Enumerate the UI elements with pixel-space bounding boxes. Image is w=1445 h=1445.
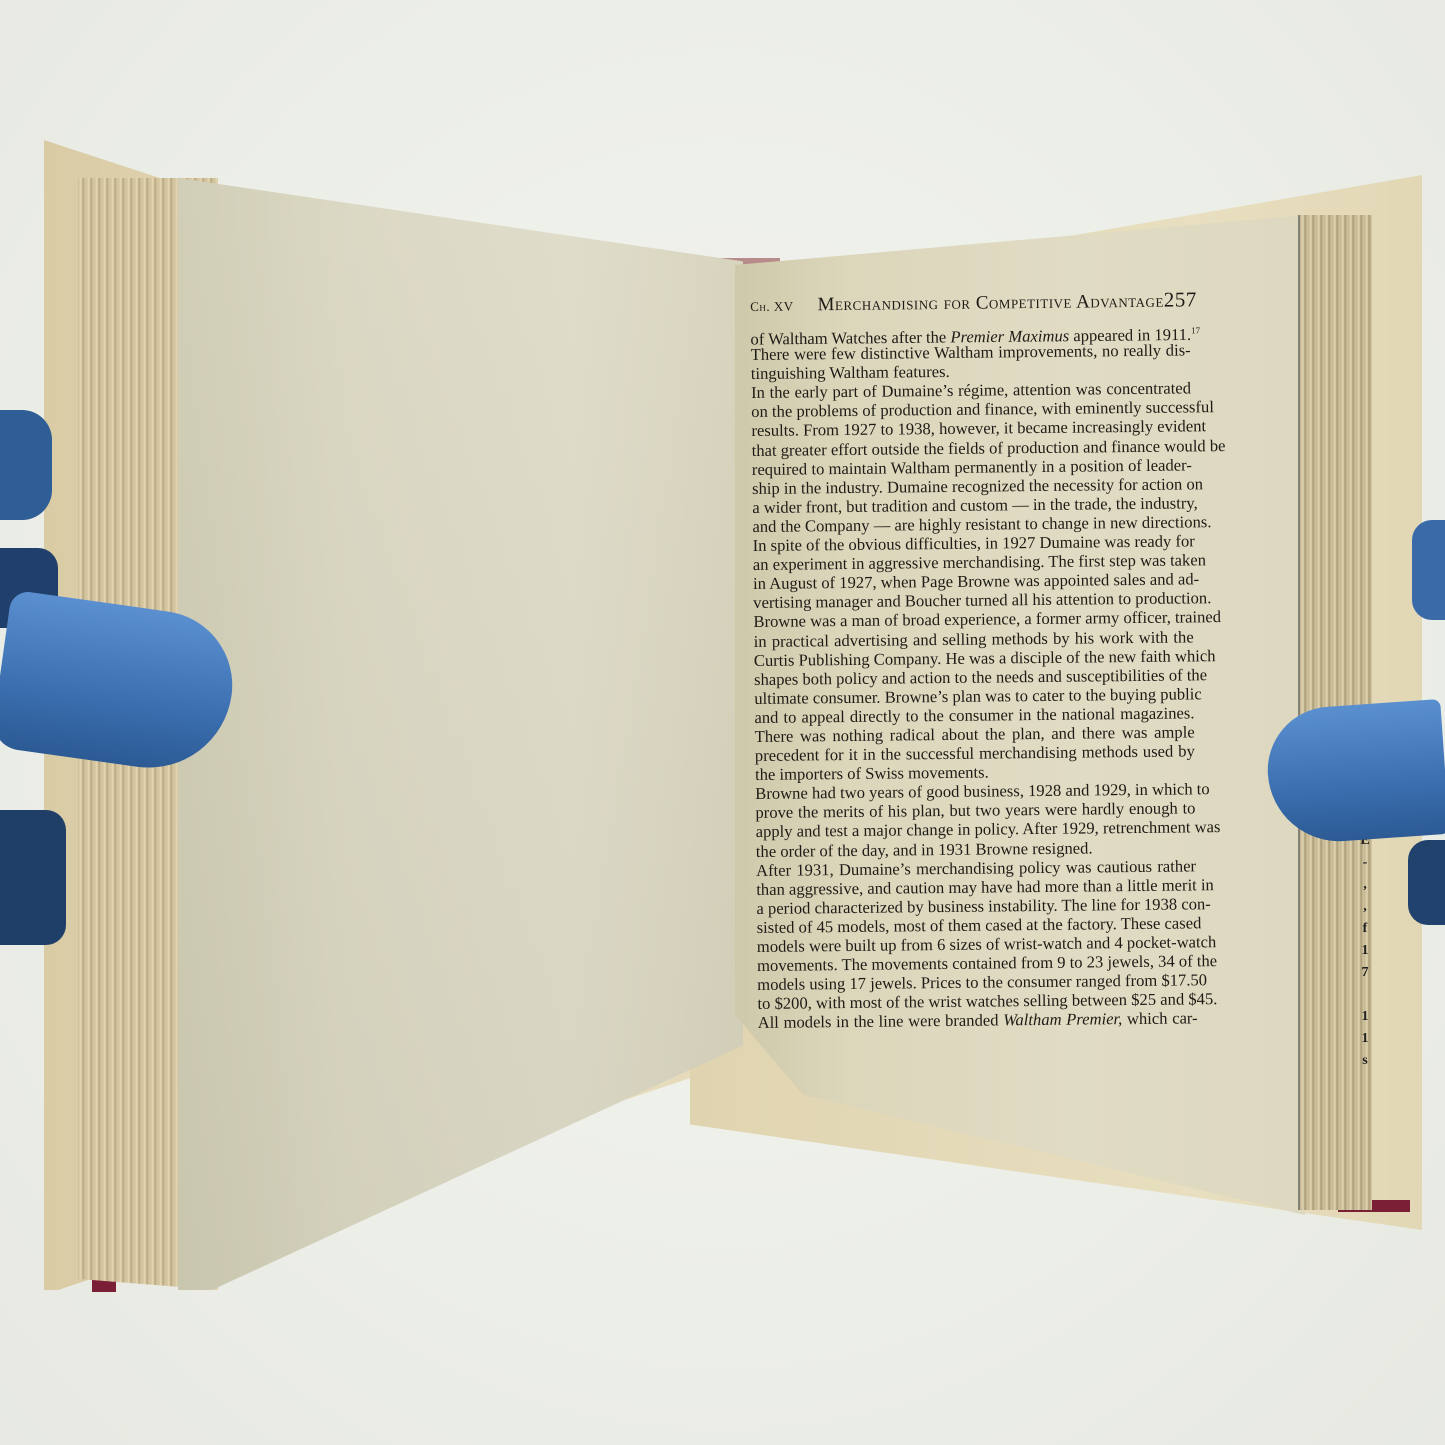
edge-glyph: f — [1360, 918, 1370, 940]
glove-left-finger-top — [0, 410, 52, 520]
edge-glyph — [1360, 984, 1370, 1006]
glove-right-finger-upper — [1412, 520, 1445, 620]
running-head: Ch. XV Merchandising for Competitive Adv… — [750, 287, 1190, 326]
edge-glyph: s — [1360, 1050, 1370, 1072]
text-line-content: tinguishing Waltham features. — [751, 362, 950, 383]
glove-right-finger-low — [1408, 840, 1445, 925]
text-line-post: which car- — [1122, 1009, 1198, 1029]
text-line-italic: Waltham Premier, — [1003, 1010, 1122, 1030]
edge-glyph: , — [1360, 874, 1370, 896]
chapter-label: Ch. XV — [750, 299, 794, 315]
glove-left-finger-low — [0, 810, 66, 945]
page-text-block: Ch. XV Merchandising for Competitive Adv… — [750, 287, 1198, 1032]
body-text: of Waltham Watches after the Premier Max… — [750, 321, 1197, 1032]
edge-glyph: 1 — [1360, 1006, 1370, 1028]
edge-glyphs: E-,,f17 11s — [1360, 830, 1370, 1072]
text-line-sup: 17 — [1191, 325, 1200, 335]
running-head-title: Merchandising for Competitive Advantage — [817, 291, 1163, 317]
text-line-pre: All models in the line were branded — [758, 1011, 1004, 1033]
edge-glyph: 1 — [1360, 940, 1370, 962]
edge-glyph: 7 — [1360, 962, 1370, 984]
page-number: 257 — [1164, 287, 1197, 312]
edge-glyph: - — [1360, 852, 1370, 874]
left-page-shade — [178, 178, 743, 1290]
edge-glyph: 1 — [1360, 1028, 1370, 1050]
edge-glyph: , — [1360, 896, 1370, 918]
text-line-content: the importers of Swiss movements. — [755, 763, 989, 784]
